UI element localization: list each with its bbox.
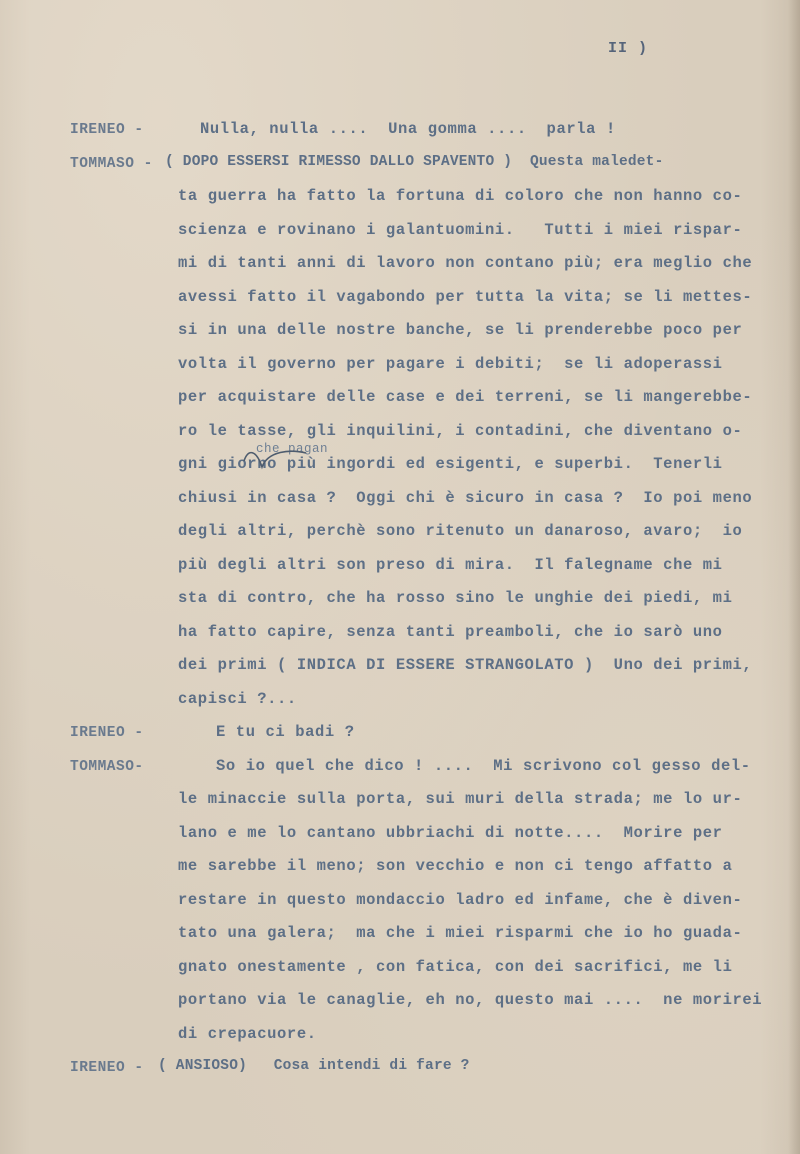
dialogue-line: chiusi in casa ? Oggi chi è sicuro in ca… bbox=[178, 489, 752, 507]
dialogue-line: capisci ?... bbox=[178, 690, 297, 708]
dialogue-line: Nulla, nulla .... Una gomma .... parla ! bbox=[200, 120, 616, 138]
dialogue-line: degli altri, perchè sono ritenuto un dan… bbox=[178, 522, 742, 540]
dialogue-line: dei primi ( INDICA DI ESSERE STRANGOLATO… bbox=[178, 656, 752, 674]
dialogue-line: E tu ci badi ? bbox=[216, 723, 355, 741]
paper-edge bbox=[788, 0, 800, 1154]
speaker-name: TOMMASO- bbox=[70, 759, 144, 775]
dialogue-line: scienza e rovinano i galantuomini. Tutti… bbox=[178, 221, 742, 239]
dialogue-line: volta il governo per pagare i debiti; se… bbox=[178, 355, 723, 373]
dialogue-line: più degli altri son preso di mira. Il fa… bbox=[178, 556, 723, 574]
speaker-name: IRENEO - bbox=[70, 1060, 144, 1076]
dialogue-line: per acquistare delle case e dei terreni,… bbox=[178, 388, 752, 406]
dialogue-line: avessi fatto il vagabondo per tutta la v… bbox=[178, 288, 752, 306]
dialogue-line: ha fatto capire, senza tanti preamboli, … bbox=[178, 623, 723, 641]
dialogue-line: ( ANSIOSO) Cosa intendi di fare ? bbox=[158, 1058, 470, 1074]
dialogue-line: ro le tasse, gli inquilini, i contadini,… bbox=[178, 422, 742, 440]
dialogue-line: ( DOPO ESSERSI RIMESSO DALLO SPAVENTO ) … bbox=[165, 154, 663, 170]
speaker-name: IRENEO - bbox=[70, 122, 144, 138]
dialogue-line: tato una galera; ma che i miei risparmi … bbox=[178, 924, 742, 942]
speaker-name: TOMMASO - bbox=[70, 156, 153, 172]
dialogue-line: sta di contro, che ha rosso sino le ungh… bbox=[178, 589, 732, 607]
dialogue-line: ta guerra ha fatto la fortuna di coloro … bbox=[178, 187, 742, 205]
dialogue-line: di crepacuore. bbox=[178, 1025, 317, 1043]
dialogue-line: le minaccie sulla porta, sui muri della … bbox=[178, 790, 742, 808]
dialogue-line: So io quel che dico ! .... Mi scrivono c… bbox=[216, 757, 751, 775]
dialogue-line: portano via le canaglie, eh no, questo m… bbox=[178, 991, 762, 1009]
dialogue-line: si in una delle nostre banche, se li pre… bbox=[178, 321, 742, 339]
page-number: II ) bbox=[608, 40, 648, 57]
dialogue-line: mi di tanti anni di lavoro non contano p… bbox=[178, 254, 752, 272]
insertion-caret-icon bbox=[240, 447, 310, 475]
dialogue-line: lano e me lo cantano ubbriachi di notte.… bbox=[178, 824, 723, 842]
dialogue-line: me sarebbe il meno; son vecchio e non ci… bbox=[178, 857, 732, 875]
dialogue-line: restare in questo mondaccio ladro ed inf… bbox=[178, 891, 742, 909]
speaker-name: IRENEO - bbox=[70, 725, 144, 741]
dialogue-line: gnato onestamente , con fatica, con dei … bbox=[178, 958, 732, 976]
